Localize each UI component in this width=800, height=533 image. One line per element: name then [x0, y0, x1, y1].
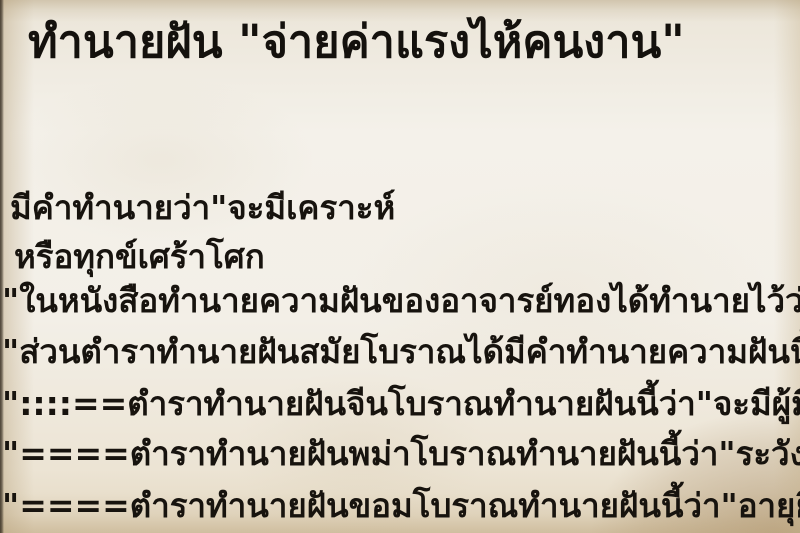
text-line: "ในหนังสือทำนายความฝันของอาจารย์ทองได้ทำ… [2, 281, 800, 321]
text-line: หรือทุกข์เศร้าโศก [14, 237, 265, 277]
text-line: "ส่วนตำราทำนายฝันสมัยโบราณได้มีคำทำนายคว… [2, 332, 800, 372]
text-line: "====ตำราทำนายฝันขอมโบราณทำนายฝันนี้ว่า"… [2, 486, 800, 526]
text-line: "====ตำราทำนายฝันพม่าโบราณทำนายฝันนี้ว่า… [2, 434, 800, 474]
text-line: มีคำทำนายว่า"จะมีเคราะห์ [10, 188, 395, 228]
text-line: "::::==ตำราทำนายฝันจีนโบราณทำนายฝันนี้ว่… [2, 384, 800, 424]
paper-background: ทำนายฝัน "จ่ายค่าแรงไห้คนงาน" มีคำทำนายว… [0, 0, 800, 533]
dream-interpretation-text: มีคำทำนายว่า"จะมีเคราะห์ หรือทุกข์เศร้าโ… [0, 0, 800, 533]
